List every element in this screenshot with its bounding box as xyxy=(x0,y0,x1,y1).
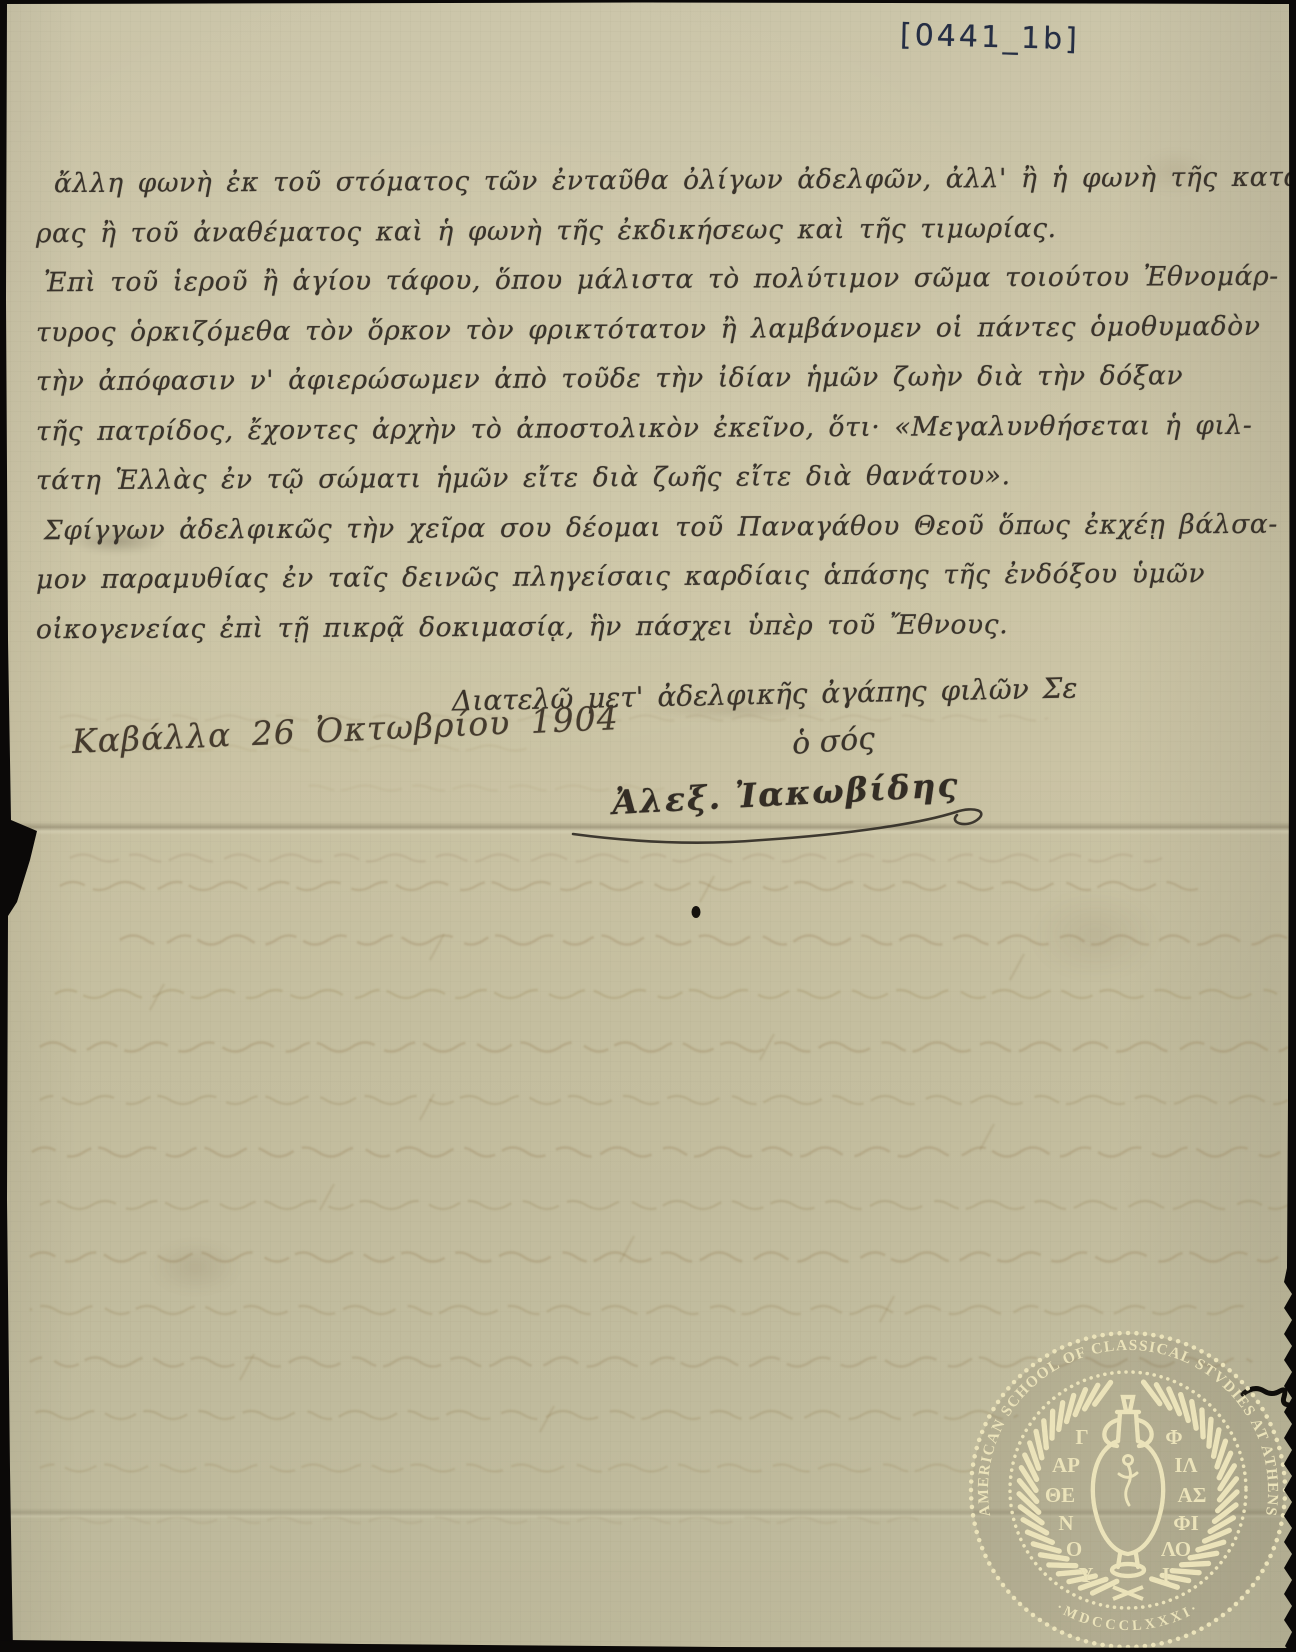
seal-inner-dotted-ring xyxy=(1010,1372,1246,1608)
svg-text:AMERICAN SCHOOL OF CLASSICAL S: AMERICAN SCHOOL OF CLASSICAL STVDIES AT … xyxy=(975,1337,1281,1518)
svg-text:ΛΟ: ΛΟ xyxy=(1161,1537,1191,1561)
svg-text:Γ: Γ xyxy=(1075,1425,1088,1449)
seal-year: ·MDCCCLXXXI· xyxy=(1053,1599,1202,1634)
svg-text:ΑΡ: ΑΡ xyxy=(1052,1453,1080,1477)
letter-line: τῆς πατρίδος, ἔχοντες ἀρχὴν τὸ ἀποστολικ… xyxy=(36,409,1276,465)
svg-text:ΘΕ: ΘΕ xyxy=(1045,1483,1075,1507)
letter-line: μον παραμυθίας ἐν ταῖς δεινῶς πληγείσαις… xyxy=(36,558,1276,614)
letter-line: ἄλλη φωνὴ ἐκ τοῦ στόματος τῶν ἐνταῦθα ὀλ… xyxy=(36,162,1276,218)
scanned-letter-page: [0441_1b] ἄλλη φωνὴ ἐκ τοῦ στόματος τῶν … xyxy=(0,0,1296,1652)
letter-paper: [0441_1b] ἄλλη φωνὴ ἐκ τοῦ στόματος τῶν … xyxy=(0,0,1296,1652)
svg-text:Υ: Υ xyxy=(1078,1563,1093,1587)
svg-text:·MDCCCLXXXI·: ·MDCCCLXXXI· xyxy=(1053,1599,1202,1634)
svg-text:Φ: Φ xyxy=(1165,1425,1182,1449)
svg-text:Ν: Ν xyxy=(1058,1511,1073,1535)
seal-outer-dotted-ring xyxy=(971,1333,1285,1647)
signature: Ἀλεξ. Ἰακωβίδης xyxy=(611,765,960,822)
amphora xyxy=(1093,1397,1163,1576)
archive-number-annotation: [0441_1b] xyxy=(900,18,1081,58)
paper-stain xyxy=(150,1240,240,1294)
svg-text:Ι: Ι xyxy=(1162,1563,1170,1587)
ascsa-embossed-seal: AMERICAN SCHOOL OF CLASSICAL STVDIES AT … xyxy=(958,1320,1296,1652)
place-date-line: Καβάλλα 26 Ὀκτωβρίου 1904 xyxy=(71,698,619,761)
letter-line: οἰκογενείας ἐπὶ τῇ πικρᾷ δοκιμασίᾳ, ἣν π… xyxy=(36,607,1276,663)
letter-line: τυρος ὁρκιζόμεθα τὸν ὅρκον τὸν φρικτότατ… xyxy=(36,310,1276,366)
letter-line: ρας ἢ τοῦ ἀναθέματος καὶ ἡ φωνὴ τῆς ἐκδι… xyxy=(36,211,1276,267)
horizontal-fold-crease xyxy=(0,1508,1296,1519)
letter-line: Σφίγγων ἀδελφικῶς τὴν χεῖρα σου δέομαι τ… xyxy=(36,508,1276,564)
letter-line: τάτη Ἑλλὰς ἐν τῷ σώματι ἡμῶν εἴτε διὰ ζω… xyxy=(36,459,1276,515)
svg-text:ΦΙ: ΦΙ xyxy=(1173,1511,1199,1535)
svg-text:Ο: Ο xyxy=(1066,1537,1082,1561)
seal-greek-letters: Γ ΑΡ ΘΕ Ν Ο Υ Φ ΙΛ ΑΣ ΦΙ ΛΟ Ι xyxy=(1045,1425,1207,1587)
letter-line: τὴν ἀπόφασιν ν' ἀφιερώσωμεν ἀπὸ τοῦδε τὴ… xyxy=(36,360,1276,416)
laurel-wreath xyxy=(1019,1382,1237,1593)
letter-line: Ἐπὶ τοῦ ἱεροῦ ἢ ἁγίου τάφου, ὅπου μάλιστ… xyxy=(36,261,1276,317)
letter-body-text: ἄλλη φωνὴ ἐκ τοῦ στόματος τῶν ἐνταῦθα ὀλ… xyxy=(36,165,1276,660)
horizontal-fold-crease xyxy=(0,822,1296,835)
wreath-stems xyxy=(1113,1587,1143,1599)
ink-dot xyxy=(692,906,701,918)
valediction: ὁ σός xyxy=(791,721,876,762)
paper-stain xyxy=(1030,890,1160,980)
svg-text:ΑΣ: ΑΣ xyxy=(1178,1483,1207,1507)
seal-ring-text: AMERICAN SCHOOL OF CLASSICAL STVDIES AT … xyxy=(975,1337,1281,1518)
svg-text:ΙΛ: ΙΛ xyxy=(1174,1453,1197,1477)
ink-mark-right-edge xyxy=(1243,1389,1296,1414)
